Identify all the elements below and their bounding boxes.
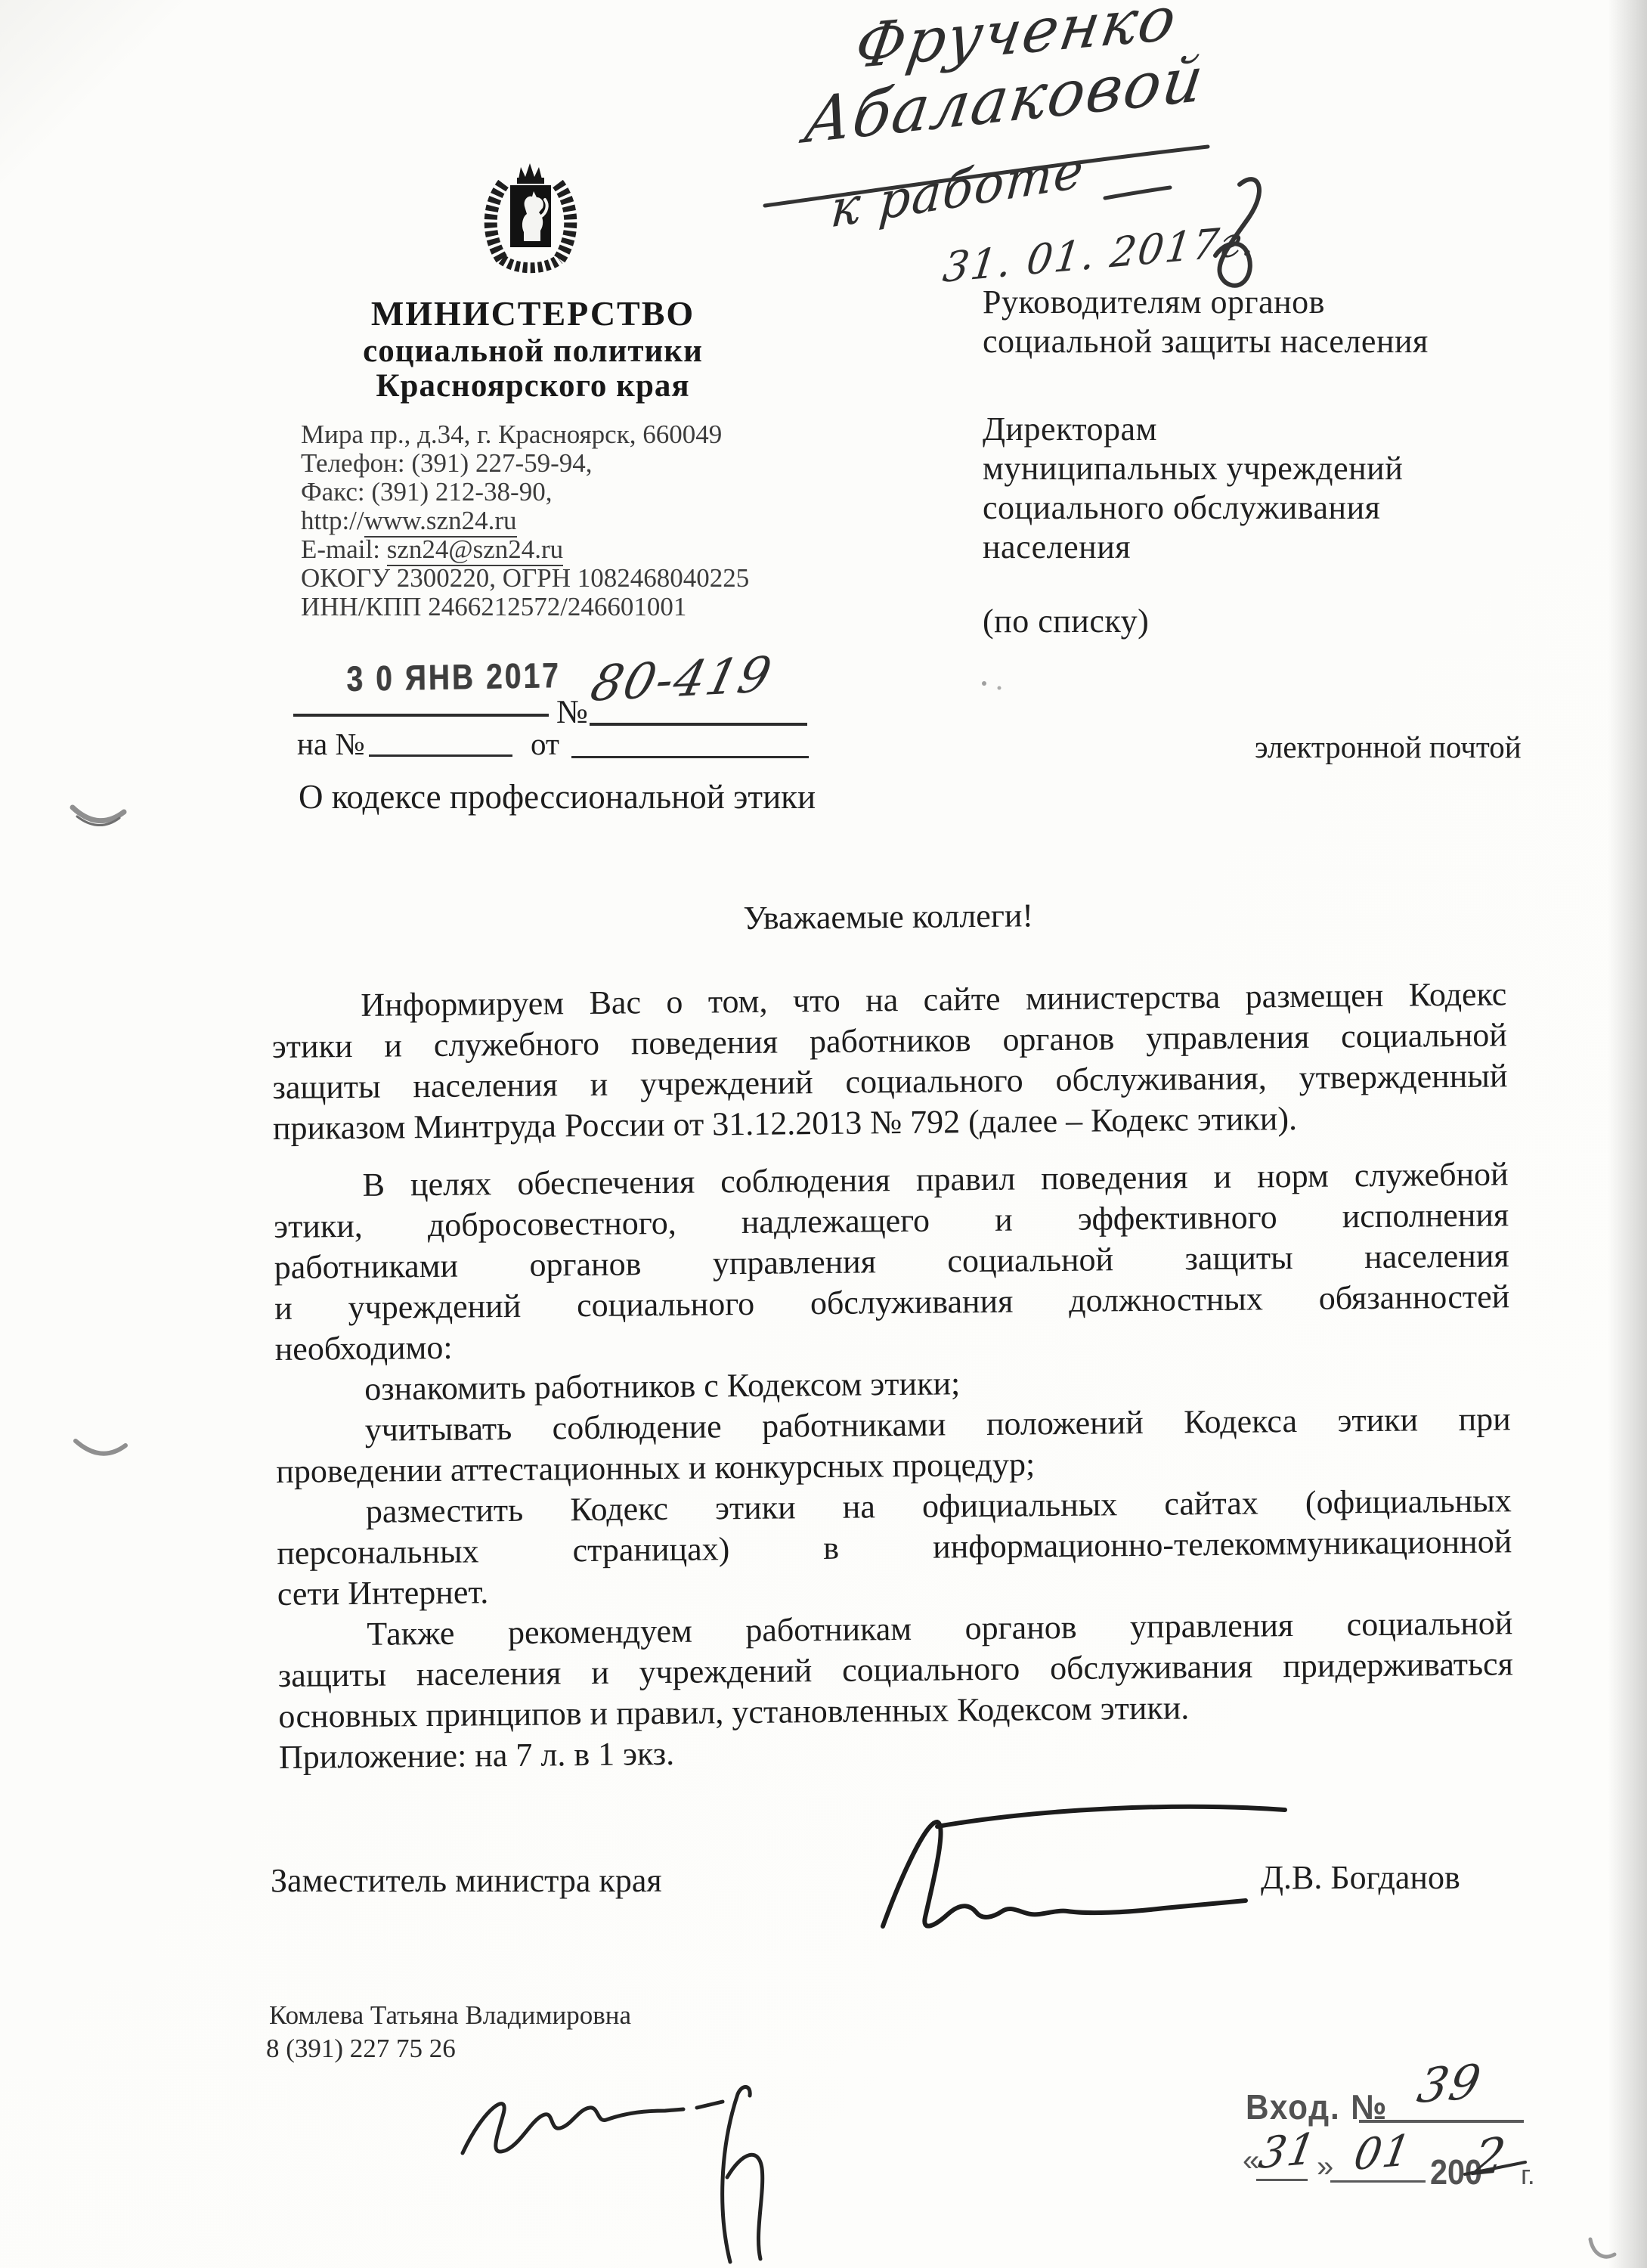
executor-scribble-1 [463, 2104, 683, 2153]
handwritten-note-line3: к работе [828, 140, 1086, 240]
signer-name: Д.В. Богданов [1261, 1858, 1460, 1897]
executor-scribble-2 [723, 2087, 763, 2262]
letterhead-phone: Телефон: (391) 227-59-94, [301, 449, 593, 478]
handwritten-note-date: 31. 01. 2017г. [940, 216, 1259, 292]
ministry-name-line2: социальной политики [265, 333, 801, 370]
ministry-name-line1: МИНИСТЕРСТВО [265, 293, 801, 333]
addressee-po-spisku: (по списку) [983, 602, 1149, 640]
email-address: szn24@szn24.ru [387, 534, 563, 566]
top-note-dash [1105, 187, 1170, 198]
executor-name: Комлева Татьяна Владимировна [269, 2000, 631, 2031]
addressee-line4: муниципальных учреждений [983, 449, 1403, 488]
letterhead-address: Мира пр., д.34, г. Красноярск, 660049 [301, 420, 722, 449]
delivery-note: электронной почтой [1255, 729, 1522, 765]
letterhead-okogu-ogrn: ОКОГУ 2300220, ОГРН 1082468040225 [301, 564, 749, 593]
incoming-month-handwritten: 01 [1350, 2125, 1416, 2180]
scanned-letter-page: Фрученко Абалаковой к работе 31. 01. 201… [0, 0, 1647, 2268]
salutation: Уважаемые коллеги! [271, 891, 1506, 943]
outgoing-number-handwritten: 80-419 [586, 647, 778, 713]
stamp-year-suffix: г. [1521, 2159, 1535, 2191]
letterhead-inn-kpp: ИНН/КПП 2466212572/246601001 [301, 593, 686, 621]
scan-crescent-2 [76, 1441, 125, 1454]
bogdanov-signature-topstroke [937, 1807, 1285, 1826]
reply-from-label: от [531, 726, 559, 762]
incoming-number-handwritten: 39 [1413, 2053, 1487, 2114]
date-underline [293, 714, 549, 717]
bogdanov-signature-stroke [883, 1822, 1246, 1926]
executor-phone: 8 (391) 227 75 26 [266, 2034, 456, 2064]
scan-crescent-1b [77, 816, 119, 826]
subject-line: О кодексе профессиональной этики [299, 777, 816, 816]
incoming-month-line [1330, 2180, 1426, 2183]
ministry-name-line3: Красноярского края [265, 367, 801, 404]
incoming-day-line [1256, 2179, 1308, 2181]
addressee-line2: социальной защиты населения [983, 322, 1429, 361]
letterhead-website: http://www.szn24.ru [301, 507, 517, 535]
letter-body: Уважаемые коллеги! Информируем Вас о том… [271, 885, 1514, 1789]
stamp-quote-close: » [1317, 2150, 1333, 2184]
krasnoyarsk-krai-coat-of-arms [478, 161, 583, 276]
reply-number-blank [369, 754, 512, 757]
incoming-year-handwritten: 2 [1469, 2127, 1510, 2188]
email-label: E-mail: [301, 534, 387, 564]
scan-edge-shadow [1608, 0, 1647, 2268]
number-underline [590, 723, 807, 726]
reply-date-blank [571, 756, 809, 758]
website-url: www.szn24.ru [364, 506, 517, 538]
registration-date-stamp: 3 0 ЯНВ 2017 [346, 654, 561, 699]
executor-scribble-dash [697, 2102, 723, 2108]
letterhead-fax: Факс: (391) 212-38-90, [301, 478, 552, 507]
addressee-line6: населения [983, 528, 1131, 566]
scan-crescent-1 [73, 807, 124, 821]
addressee-line3: Директорам [983, 410, 1157, 448]
addressee-line5: социального обслуживания [983, 488, 1380, 527]
reply-to-label: на № [297, 726, 365, 762]
incoming-day-handwritten: 31 [1255, 2124, 1320, 2179]
number-sign: № [556, 692, 588, 731]
ink-speck [982, 681, 986, 686]
website-prefix: http:// [301, 506, 364, 535]
letterhead-email: E-mail: szn24@szn24.ru [301, 535, 563, 564]
ink-speck [998, 686, 1002, 690]
addressee-line1: Руководителям органов [983, 283, 1325, 321]
signer-position: Заместитель министра края [271, 1861, 662, 1900]
incoming-number-line [1359, 2120, 1524, 2123]
